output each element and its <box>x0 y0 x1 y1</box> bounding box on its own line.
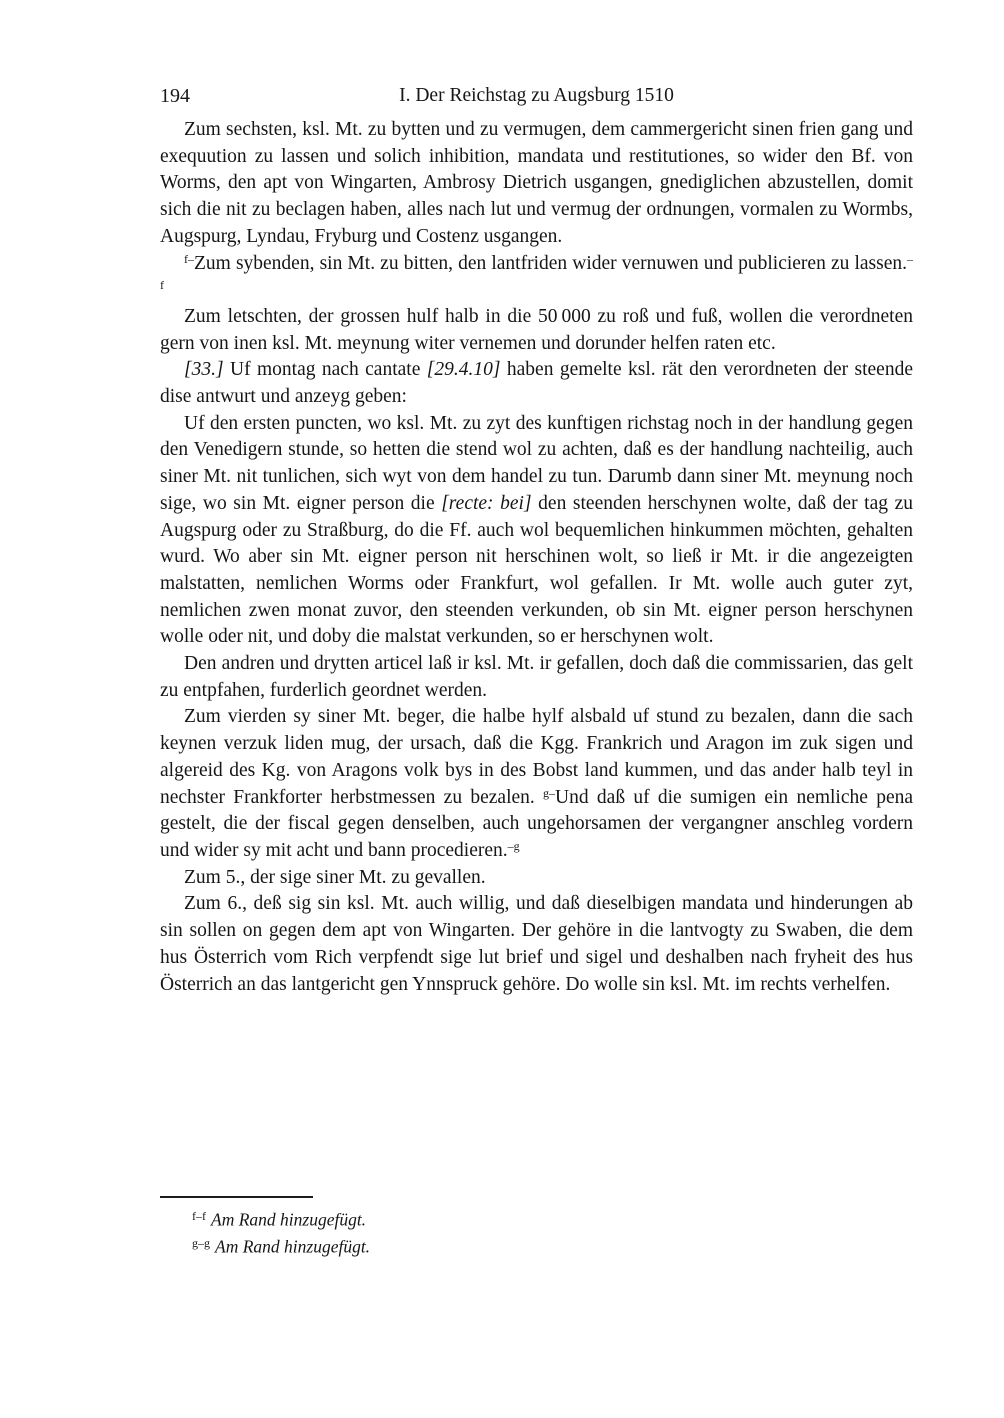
footnote-text: Am Rand hinzugefügt. <box>211 1209 366 1229</box>
footnote-g: g–gAm Rand hinzugefügt. <box>160 1232 913 1259</box>
paragraph-den-andren: Den andren und drytten articel laß ir ks… <box>160 651 913 704</box>
footnote-text: Am Rand hinzugefügt. <box>215 1236 370 1256</box>
text-run: Zum sechsten, ksl. Mt. zu bytten und zu … <box>160 119 913 247</box>
text-run: Zum 6., deß sig sin ksl. Mt. auch willig… <box>160 893 913 994</box>
text-run: den steenden herschynen wolte, daß der t… <box>160 493 913 648</box>
text-run: Zum sybenden, sin Mt. zu bitten, den lan… <box>194 253 907 274</box>
paragraph-zum-letschten: Zum letschten, der grossen hulf halb in … <box>160 304 913 357</box>
running-title: I. Der Reichstag zu Augsburg 1510 <box>160 84 913 108</box>
footnote-marker-f: f–f <box>192 1209 206 1223</box>
paragraph-zum-vierden: Zum vierden sy siner Mt. beger, die halb… <box>160 704 913 864</box>
footnote-f: f–fAm Rand hinzugefügt. <box>160 1205 913 1232</box>
text-run: Zum letschten, der grossen hulf halb in … <box>160 306 913 354</box>
footnote-marker-g-close: –g <box>508 839 520 853</box>
page-number: 194 <box>160 84 190 108</box>
footnote-rule <box>160 1196 313 1198</box>
page-header: 194 I. Der Reichstag zu Augsburg 1510 <box>160 84 913 110</box>
paragraph-zum-5: Zum 5., der sige siner Mt. zu gevallen. <box>160 865 913 892</box>
paragraph-33-uf-montag: [33.] Uf montag nach cantate [29.4.10] h… <box>160 357 913 410</box>
paragraph-zum-sechsten: Zum sechsten, ksl. Mt. zu bytten und zu … <box>160 117 913 251</box>
editorial-correction: [recte: bei] <box>441 493 531 514</box>
editorial-number: [33.] <box>184 359 224 380</box>
footnote-marker-f-open: f– <box>184 251 194 265</box>
editorial-date: [29.4.10] <box>427 359 501 380</box>
text-run: Uf montag nach cantate <box>224 359 427 380</box>
footnote-block: f–fAm Rand hinzugefügt. g–gAm Rand hinzu… <box>160 1196 913 1259</box>
paragraph-zum-6: Zum 6., deß sig sin ksl. Mt. auch willig… <box>160 891 913 998</box>
footnote-marker-g-open: g– <box>543 785 555 799</box>
page-body: Zum sechsten, ksl. Mt. zu bytten und zu … <box>160 117 913 998</box>
paragraph-zum-sybenden: f–Zum sybenden, sin Mt. zu bitten, den l… <box>160 251 913 304</box>
text-run: Den andren und drytten articel laß ir ks… <box>160 653 913 701</box>
footnote-marker-g: g–g <box>192 1236 210 1250</box>
paragraph-uf-den-ersten-puncten: Uf den ersten puncten, wo ksl. Mt. zu zy… <box>160 411 913 651</box>
document-page: 194 I. Der Reichstag zu Augsburg 1510 Zu… <box>0 0 1004 1418</box>
text-run: Zum 5., der sige siner Mt. zu gevallen. <box>184 867 486 888</box>
